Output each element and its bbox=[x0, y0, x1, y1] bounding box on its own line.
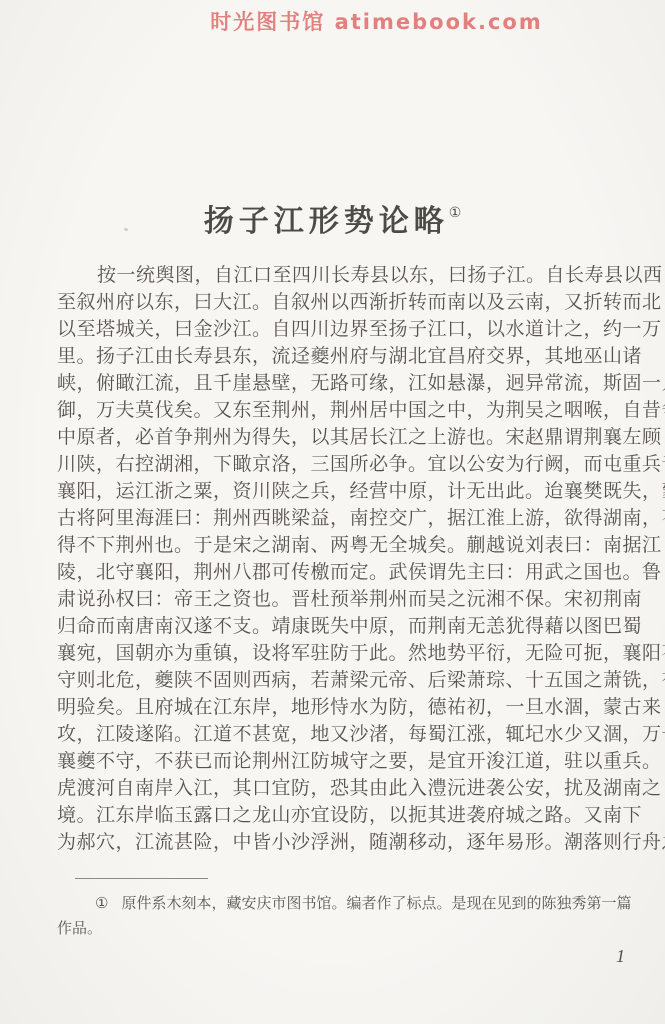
footnote-divider bbox=[75, 878, 208, 879]
body-line: 肃说孙权曰：帝王之资也。晋杜预举荆州而吴之沅湘不保。宋初荆南 bbox=[57, 586, 609, 613]
body-line: 至叙州府以东，曰大江。自叙州以西渐折转而南以及云南，又折转而北 bbox=[57, 289, 609, 316]
footnote-line: 作品。 bbox=[57, 917, 609, 942]
body-line: 陵，北守襄阳，荆州八郡可传檄而定。武侯谓先主曰：用武之国也。鲁 bbox=[57, 559, 609, 586]
body-line: 峡，俯瞰江流，且千崖悬壁，无路可缘，江如悬瀑，迥异常流，斯固一人守 bbox=[57, 370, 609, 397]
footnote-line: ①原件系木刻本，藏安庆市图书馆。编者作了标点。是现在见到的陈独秀第一篇 bbox=[57, 892, 609, 917]
body-line: 为郝穴，江流甚险，中皆小沙浮洲，随潮移动，逐年易形。潮落则行舟之 bbox=[57, 829, 609, 856]
body-line: 归命而南唐南汉遂不支。靖康既失中原，而荆南无恙犹得藉以图巴蜀 bbox=[57, 613, 609, 640]
footnote-text: 原件系木刻本，藏安庆市图书馆。编者作了标点。是现在见到的陈独秀第一篇 bbox=[121, 896, 631, 912]
body-line: 襄阳，运江浙之粟，资川陕之兵，经营中原，计无出此。迨襄樊既失，蒙 bbox=[57, 478, 609, 505]
body-line: 守则北危，夔陕不固则西病，若萧梁元帝、后梁萧琮、十五国之萧铣，有 bbox=[57, 667, 609, 694]
body-line: 明验矣。且府城在江东岸，地形恃水为防，德祐初，一旦水涸，蒙古来 bbox=[57, 694, 609, 721]
body-line: 襄宛，国朝亦为重镇，设将军驻防于此。然地势平衍，无险可扼，襄阳不 bbox=[57, 640, 609, 667]
body-line: 御，万夫莫伐矣。又东至荆州，荆州居中国之中，为荆吴之咽喉，自昔争 bbox=[57, 397, 609, 424]
body-line: 得不下荆州也。于是宋之湖南、两粤无全城矣。蒯越说刘表曰：南据江 bbox=[57, 532, 609, 559]
article-title-text: 扬子江形势论略 bbox=[204, 205, 449, 238]
body-line: 中原者，必首争荆州为得失，以其居长江之上游也。宋赵鼎谓荆襄左顾 bbox=[57, 424, 609, 451]
footnote-reference-mark: ① bbox=[449, 206, 462, 221]
body-line: 攻，江陵遂陷。江道不甚宽，地又沙渚，每蜀江涨，辄圮水少又涸，万一 bbox=[57, 721, 609, 748]
body-line: 襄夔不守，不获已而论荆州江防城守之要，是宜开浚江道，驻以重兵。 bbox=[57, 748, 609, 775]
footnote-marker: ① bbox=[95, 896, 108, 912]
body-line: 川陕，右控湖湘，下瞰京洛，三国所必争。宜以公安为行阙，而屯重兵于 bbox=[57, 451, 609, 478]
library-watermark: 时光图书馆 atimebook.com bbox=[44, 6, 665, 36]
article-title: 扬子江形势论略① bbox=[0, 196, 665, 240]
body-line: 古将阿里海涯曰：荆州西眺梁益，南控交广，据江淮上游，欲得湖南，不 bbox=[57, 505, 609, 532]
footnote: ①原件系木刻本，藏安庆市图书馆。编者作了标点。是现在见到的陈独秀第一篇 作品。 bbox=[57, 892, 609, 942]
body-line: 以至塔城关，曰金沙江。自四川边界至扬子江口，以水道计之，约一万 bbox=[57, 316, 609, 343]
page-number: 1 bbox=[616, 946, 625, 967]
scanned-book-page: 时光图书馆 atimebook.com 扬子江形势论略① 按一统舆图，自江口至四… bbox=[0, 0, 665, 1024]
body-line: 里。扬子江由长寿县东，流迳夔州府与湖北宜昌府交界，其地巫山诸 bbox=[57, 343, 609, 370]
body-text: 按一统舆图，自江口至四川长寿县以东，曰扬子江。自长寿县以西至叙州府以东，曰大江。… bbox=[57, 262, 609, 856]
body-line: 按一统舆图，自江口至四川长寿县以东，曰扬子江。自长寿县以西 bbox=[57, 262, 609, 289]
body-line: 虎渡河自南岸入江，其口宜防，恐其由此入澧沅进袭公安，扰及湖南之 bbox=[57, 775, 609, 802]
body-line: 境。江东岸临玉露口之龙山亦宜设防，以扼其进袭府城之路。又南下 bbox=[57, 802, 609, 829]
